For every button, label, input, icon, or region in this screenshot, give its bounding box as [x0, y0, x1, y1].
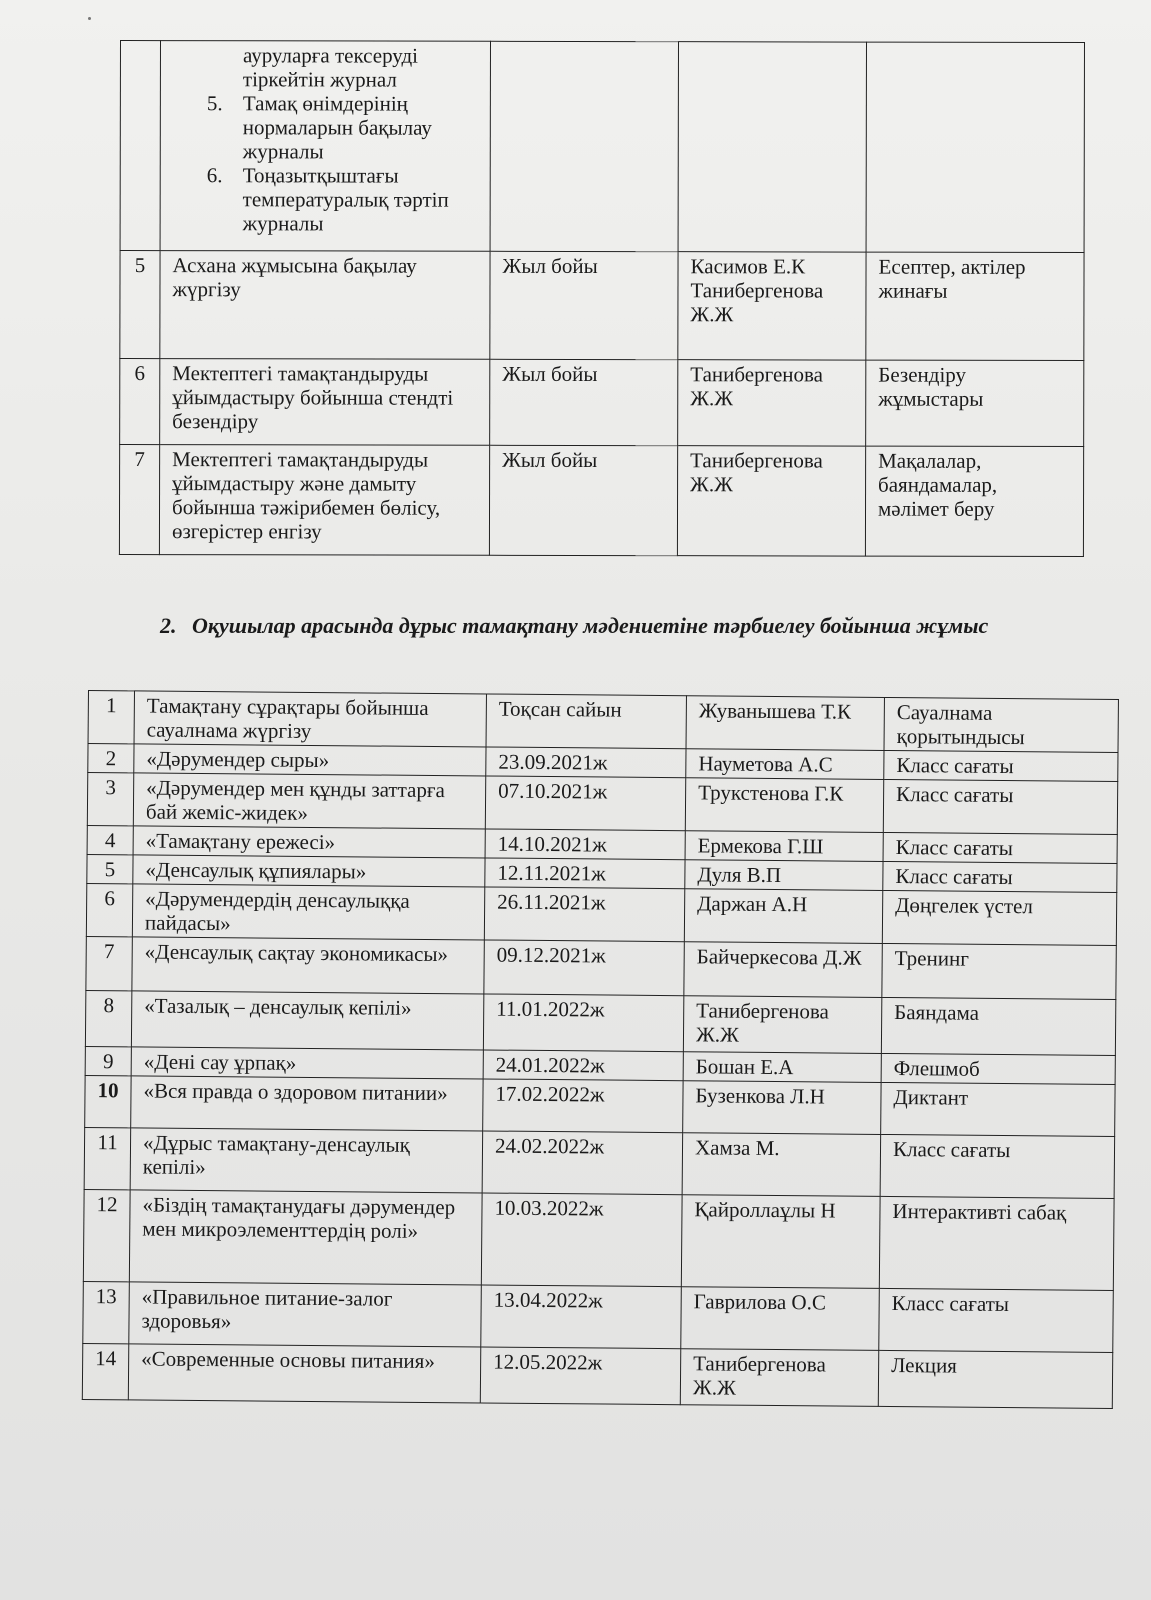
- cell-date: 26.11.2021ж: [484, 887, 684, 942]
- table-row: 5 Асхана жұмысына бақылау жүргізу Жыл бо…: [120, 251, 1084, 361]
- table-row: 11«Дұрыс тамақтану-денсаулық кепілі»24.0…: [84, 1127, 1115, 1198]
- cell-date: Тоқсан сайын: [486, 694, 686, 749]
- cell-form: Флешмоб: [881, 1053, 1115, 1084]
- cell-responsible: Касимов Е.К Танибергенова Ж.Ж: [678, 252, 866, 360]
- cell-responsible: Қайроллаұлы Н: [681, 1195, 880, 1289]
- cell-num: 7: [86, 936, 132, 990]
- document-page: ауруларға тексеруді тіркейтін журнал 5. …: [0, 0, 1151, 1600]
- section-heading: 2. Оқушылар арасында дұрыс тамақтану мәд…: [160, 612, 1010, 640]
- cell-date: 11.01.2022ж: [483, 994, 683, 1052]
- cell-task: «Тазалық – денсаулық кепілі»: [131, 991, 483, 1050]
- list-item-continued: ауруларға тексеруді тіркейтін журнал: [243, 43, 478, 91]
- table-row: 6«Дәрумендердің денсаулыққа пайдасы»26.1…: [86, 883, 1116, 945]
- table-row: 6 Мектептегі тамақтандыруды ұйымдастыру …: [120, 359, 1084, 447]
- cell-responsible: Гаврилова О.С: [681, 1287, 880, 1351]
- cell-form: Класс сағаты: [883, 779, 1117, 834]
- list-line: тіркейтін журнал: [243, 67, 478, 91]
- cell-task: «Современные основы питания»: [128, 1344, 480, 1403]
- cell-date: 24.01.2022ж: [483, 1050, 683, 1081]
- list-line: температуралық тәртіп: [243, 187, 478, 211]
- cell-num: 13: [83, 1281, 130, 1343]
- cell-task: «Дәрумендер мен құнды заттарға бай жеміс…: [133, 773, 485, 829]
- list-line: журналы: [243, 139, 478, 163]
- cell-responsible: Танибергенова Ж.Ж: [680, 1349, 878, 1407]
- cell-period: [490, 41, 678, 251]
- cell-responsible: Хамза М.: [682, 1133, 881, 1197]
- table-row: 3«Дәрумендер мен құнды заттарға бай жемі…: [87, 773, 1117, 835]
- cell-date: 17.02.2022ж: [483, 1079, 683, 1133]
- cell-result: Безендіру жұмыстары: [866, 360, 1084, 446]
- cell-form: Тренинг: [882, 943, 1116, 999]
- list-line: нормаларын бақылау: [243, 115, 478, 139]
- cell-responsible: Трукстенова Г.К: [685, 778, 883, 833]
- list-line: журналы: [243, 211, 478, 235]
- cell-date: 09.12.2021ж: [484, 940, 684, 996]
- table-row: 10«Вся правда о здоровом питании»17.02.2…: [85, 1075, 1115, 1136]
- cell-result: [866, 42, 1084, 252]
- list-number: 6.: [207, 163, 223, 187]
- cell-form: Дөңгелек үстел: [882, 890, 1116, 945]
- cell-num: 10: [85, 1075, 131, 1127]
- cell-num: 5: [120, 251, 160, 359]
- cell-form: Баяндама: [881, 997, 1115, 1055]
- cell-period: Жыл бойы: [490, 359, 678, 445]
- list-item: 5. Тамақ өнімдерінің нормаларын бақылау …: [243, 91, 478, 163]
- cell-task: «Правильное питание-залог здоровья»: [129, 1282, 482, 1347]
- cell-responsible: Танибергенова Ж.Ж: [677, 446, 865, 556]
- paper-speck: [88, 17, 91, 20]
- table-food-control: ауруларға тексеруді тіркейтін журнал 5. …: [119, 40, 1085, 557]
- cell-responsible: Бошан Е.А: [683, 1052, 881, 1083]
- cell-num: 3: [87, 773, 133, 826]
- cell-responsible: Байчеркесова Д.Ж: [684, 942, 882, 998]
- cell-task: «Дені сау ұрпақ»: [131, 1047, 483, 1079]
- cell-num: 5: [87, 854, 133, 883]
- cell-responsible: Дуля В.П: [685, 860, 883, 891]
- cell-num: 14: [82, 1343, 128, 1399]
- cell-form: Класс сағаты: [884, 750, 1118, 781]
- table-row-continuation: ауруларға тексеруді тіркейтін журнал 5. …: [120, 41, 1084, 253]
- cell-date: 23.09.2021ж: [486, 747, 686, 778]
- cell-task: Асхана жұмысына бақылау жүргізу: [160, 251, 490, 360]
- table-nutrition-events: 1Тамақтану сұрақтары бойынша сауалнама ж…: [82, 690, 1119, 1409]
- table-row: 8«Тазалық – денсаулық кепілі»11.01.2022ж…: [85, 990, 1115, 1055]
- cell-responsible: Танибергенова Ж.Ж: [678, 360, 866, 446]
- cell-form: Класс сағаты: [883, 832, 1117, 863]
- cell-date: 07.10.2021ж: [485, 776, 685, 831]
- cell-responsible: Даржан А.Н: [684, 889, 882, 944]
- cell-result: Мақалалар, баяндамалар, мәлімет беру: [865, 446, 1083, 556]
- cell-task: «Дәрумендердің денсаулыққа пайдасы»: [132, 884, 484, 940]
- cell-task: Мектептегі тамақтандыруды ұйымдастыру жә…: [159, 445, 489, 556]
- cell-task: «Денсаулық сақтау экономикасы»: [132, 937, 484, 994]
- cell-num: 7: [119, 445, 159, 555]
- journal-list: ауруларға тексеруді тіркейтін журнал 5. …: [173, 43, 478, 236]
- cell-period: Жыл бойы: [490, 251, 678, 359]
- cell-num: 6: [120, 359, 160, 445]
- cell-task-continuation: ауруларға тексеруді тіркейтін журнал 5. …: [160, 41, 490, 252]
- cell-responsible: Ермекова Г.Ш: [685, 831, 883, 862]
- list-line: Тамақ өнімдерінің: [243, 91, 478, 115]
- cell-task: «Денсаулық құпиялары»: [133, 855, 485, 887]
- cell-num: 8: [85, 990, 131, 1046]
- cell-date: 13.04.2022ж: [481, 1285, 682, 1349]
- table-row: 1Тамақтану сұрақтары бойынша сауалнама ж…: [88, 691, 1118, 753]
- cell-num: 9: [85, 1046, 131, 1075]
- cell-period: Жыл бойы: [489, 445, 677, 555]
- cell-form: Класс сағаты: [879, 1288, 1114, 1352]
- cell-form: Интерактивті сабақ: [879, 1196, 1114, 1290]
- cell-responsible: [678, 42, 866, 252]
- cell-responsible: Бузенкова Л.Н: [683, 1081, 881, 1135]
- cell-date: 24.02.2022ж: [482, 1131, 683, 1195]
- cell-form: Класс сағаты: [880, 1134, 1115, 1198]
- cell-num: 6: [86, 883, 132, 936]
- cell-task: «Дәрумендер сыры»: [134, 744, 486, 776]
- cell-date: 12.05.2022ж: [480, 1347, 680, 1405]
- table-row: 14«Современные основы питания»12.05.2022…: [82, 1343, 1112, 1408]
- cell-date: 12.11.2021ж: [485, 858, 685, 889]
- cell-num: 4: [87, 825, 133, 854]
- cell-task: Мектептегі тамақтандыруды ұйымдастыру бо…: [160, 359, 490, 446]
- cell-form: Сауалнама қорытындысы: [884, 697, 1118, 752]
- cell-num: 11: [84, 1127, 131, 1189]
- table-row: 7 Мектептегі тамақтандыруды ұйымдастыру …: [119, 445, 1083, 557]
- cell-num: 12: [83, 1189, 130, 1281]
- cell-date: 10.03.2022ж: [481, 1193, 682, 1287]
- list-item: 6. Тоңазытқыштағы температуралық тәртіп …: [243, 163, 478, 235]
- cell-form: Диктант: [881, 1082, 1115, 1136]
- cell-task: «Дұрыс тамақтану-денсаулық кепілі»: [130, 1128, 483, 1193]
- cell-responsible: Танибергенова Ж.Ж: [683, 996, 881, 1054]
- cell-form: Лекция: [878, 1350, 1112, 1408]
- cell-responsible: Науметова А.С: [686, 749, 884, 780]
- list-number: 5.: [207, 91, 223, 115]
- cell-result: Есептер, актілер жинағы: [866, 252, 1084, 360]
- cell-task: Тамақтану сұрақтары бойынша сауалнама жү…: [134, 691, 486, 747]
- list-line: ауруларға тексеруді: [243, 43, 478, 67]
- table-row: 12«Біздің тамақтанудағы дәрумендер мен м…: [83, 1189, 1114, 1290]
- cell-num: 1: [88, 691, 134, 744]
- cell-task: «Вся правда о здоровом питании»: [131, 1076, 483, 1131]
- cell-form: Класс сағаты: [883, 861, 1117, 892]
- cell-date: 14.10.2021ж: [485, 829, 685, 860]
- cell-task: «Біздің тамақтанудағы дәрумендер мен мик…: [129, 1190, 482, 1285]
- section-title: Оқушылар арасында дұрыс тамақтану мәдени…: [160, 612, 1010, 640]
- section-number: 2.: [160, 612, 177, 640]
- table-row: 13«Правильное питание-залог здоровья»13.…: [83, 1281, 1114, 1352]
- cell-responsible: Жуванышева Т.К: [686, 696, 884, 751]
- cell-num: 2: [88, 744, 134, 773]
- list-line: Тоңазытқыштағы: [243, 163, 478, 187]
- cell-num: [120, 41, 160, 251]
- cell-task: «Тамақтану ережесі»: [133, 826, 485, 858]
- table-row: 7«Денсаулық сақтау экономикасы»09.12.202…: [86, 936, 1116, 999]
